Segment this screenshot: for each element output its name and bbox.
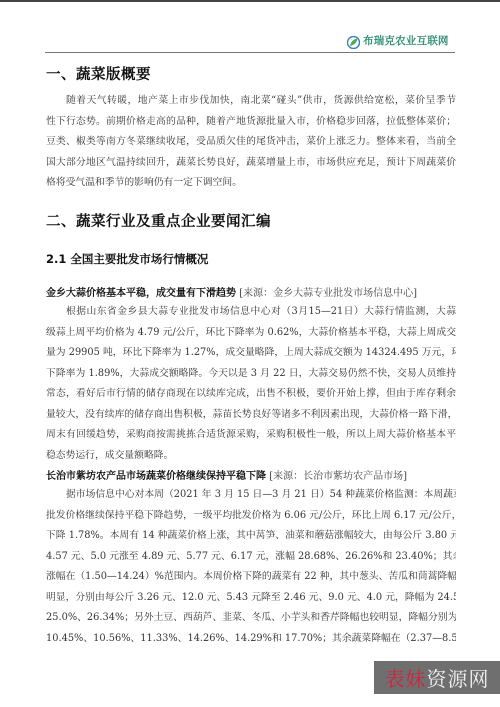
watermark-white-text: 资源网: [427, 663, 490, 692]
section-1-paragraph: 随着天气转暖，地产菜上市步伐加快，南北菜“碰头”供市，货源供给宽松，菜价呈季节 …: [46, 91, 456, 194]
text-line: 性下行态势。前期价格走高的品种，随着产地货源批量入市，价格稳步回落，拉低整体菜价…: [46, 112, 456, 133]
subsection-2-1-title: 2.1 全国主要批发市场行情概况: [46, 251, 208, 267]
news-2-body: 据市场信息中心对本周（2021 年 3 月 15 日—3 月 21 日）54 种…: [46, 485, 456, 649]
section-2-title: 二、蔬菜行业及重点企业要闻汇编: [46, 210, 271, 231]
news-1-body: 根据山东省金乡县大蒜专业批发市场信息中心对（3月15—21日）大蒜行情监测，大蒜…: [46, 302, 456, 466]
text-line: 常态，看好后市行情的储存商现在以续库完成，出售不积极，要价开始上撑，但由于库存剩…: [46, 384, 456, 405]
watermark-badge: 表妹资源网: [374, 661, 500, 694]
text-line: 级蒜上周平均价格为 4.79 元/公斤，环比下降率为 0.62%，大蒜价格基本平…: [46, 323, 456, 344]
text-line: 随着天气转暖，地产菜上市步伐加快，南北菜“碰头”供市，货源供给宽松，菜价呈季节: [46, 91, 456, 112]
text-line: 格将受气温和季节的影响仍有一定下调空间。: [46, 173, 456, 194]
text-line: 下降 1.78%。本周有 14 种蔬菜价格上涨，其中莴笋、油菜和蘑菇涨幅较大，由…: [46, 526, 456, 547]
news-1-source: [来源：金乡大蒜专业批发市场信息中心]: [239, 288, 417, 299]
text-line: 下降率为 1.89%，大蒜成交额略降。今天以是 3 月 22 日，大蒜交易仍然不…: [46, 364, 456, 385]
text-line: 批发价格继续保持平稳下降趋势，一级平均批发价格为 6.06 元/公斤，环比上周 …: [46, 506, 456, 527]
top-border: [0, 0, 500, 2]
text-line: 4.57 元、5.0 元涨至 4.89 元、5.77 元、6.17 元，涨幅 2…: [46, 547, 456, 568]
text-line: 明显，分别由每公斤 3.26 元、12.0 元、5.43 元降至 2.46 元、…: [46, 588, 456, 609]
section-1-title: 一、蔬菜版概要: [46, 63, 151, 84]
text-line: 量较大，没有续库的储存商出售积极，蒜苗长势良好等诸多不利因素出现，大蒜价格一路下…: [46, 405, 456, 426]
header-divider: [45, 52, 455, 53]
text-line: 周末有回缓趋势，采购商按需挑拣合适货源采购，采购积极性一般，所以上周大蒜价格基本…: [46, 425, 456, 446]
logo-text: 布瑞克农业互联网: [363, 33, 449, 48]
text-line: 涨幅在（1.50—14.24）%范围内。本周价格下降的蔬菜有 22 种，其中葱头…: [46, 567, 456, 588]
header-logo: 布瑞克农业互联网: [347, 31, 449, 49]
text-line: 25.0%、26.34%；另外土豆、西葫芦、韭菜、冬瓜、小芋头和香芹降幅也较明显…: [46, 608, 456, 629]
news-1-title: 金乡大蒜价格基本平稳，成交量有下滑趋势: [46, 288, 236, 299]
news-1-heading: 金乡大蒜价格基本平稳，成交量有下滑趋势 [来源：金乡大蒜专业批发市场信息中心]: [46, 284, 466, 299]
news-2-heading: 长治市紫坊农产品市场蔬菜价格继续保持平稳下降 [来源：长治市紫坊农产品市场]: [46, 467, 466, 482]
text-line: 国大部分地区气温持续回升，蔬菜长势良好，蔬菜增量上市，市场供应充足，预计下周蔬菜…: [46, 153, 456, 174]
text-line: 稳态势运行，成交量额略降。: [46, 446, 456, 467]
text-line: 豆类、椒类等南方冬菜继续收尾，受品质欠佳的尾货冲击，菜价上涨乏力。整体来看，当前…: [46, 132, 456, 153]
leaf-logo-icon: [347, 34, 360, 47]
news-2-title: 长治市紫坊农产品市场蔬菜价格继续保持平稳下降: [46, 471, 266, 482]
text-line: 量为 29905 吨，环比下降率为 1.27%，成交量略降，上周大蒜成交额为 1…: [46, 343, 456, 364]
text-line: 根据山东省金乡县大蒜专业批发市场信息中心对（3月15—21日）大蒜行情监测，大蒜: [46, 302, 456, 323]
watermark-red-text: 表妹: [385, 663, 427, 692]
news-2-source: [来源：长治市紫坊农产品市场]: [269, 471, 407, 482]
text-line: 据市场信息中心对本周（2021 年 3 月 15 日—3 月 21 日）54 种…: [46, 485, 456, 506]
text-line: 10.45%、10.56%、11.33%、14.26%、14.29%和 17.7…: [46, 629, 456, 650]
